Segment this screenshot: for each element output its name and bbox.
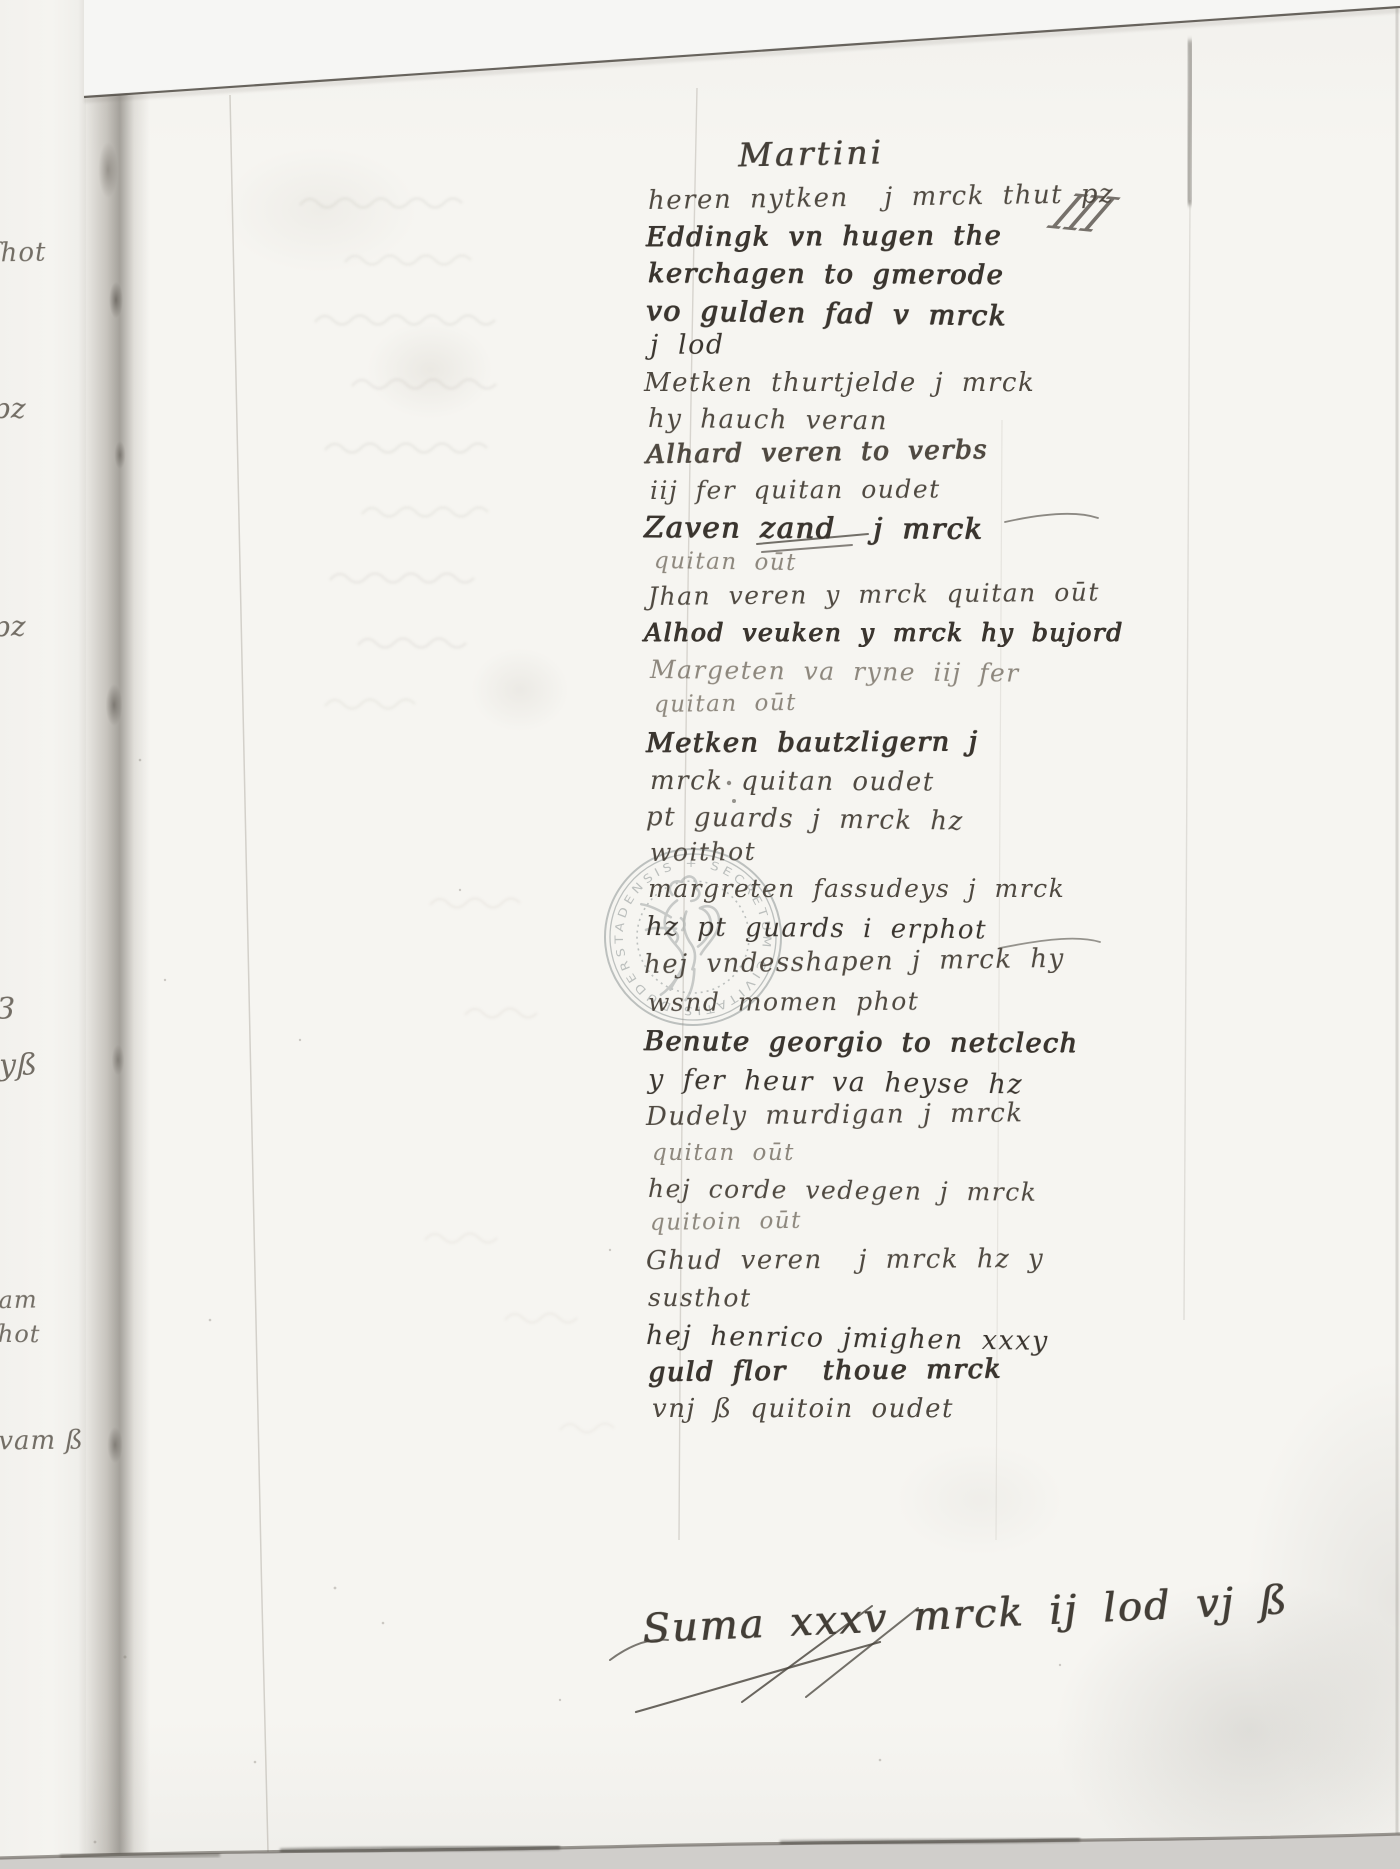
bleedthrough-marks: [300, 199, 614, 1433]
crease-line: [1184, 200, 1190, 1320]
crease-smudge: [1189, 40, 1191, 205]
manuscript-text-line: Ghud veren j mrck hz y: [646, 1244, 1044, 1276]
manuscript-text-line: Jhan veren y mrck quitan oūt: [648, 578, 1100, 611]
manuscript-text-line: quitoin oūt: [650, 1208, 802, 1236]
manuscript-text-line: woithot: [650, 837, 756, 867]
manuscript-text-line: margreten fassudeys j mrck: [648, 874, 1065, 903]
manuscript-text-line: Dudely murdigan j mrck: [646, 1098, 1024, 1132]
crease-line: [230, 95, 268, 1852]
manuscript-text-line: Zaven zand j mrck: [644, 510, 984, 546]
margin-fragment: vam: [0, 1285, 38, 1314]
margin-fragment: ſhot: [0, 237, 47, 268]
manuscript-text-line: susthot: [648, 1283, 752, 1313]
manuscript-text-line: Benute georgio to netclech: [644, 1026, 1078, 1059]
manuscript-text-line: Alhard veren to verbs: [646, 435, 988, 470]
manuscript-text-line: quitan oūt: [654, 548, 797, 576]
manuscript-text-line: guld flor thoue mrck: [648, 1354, 1002, 1388]
manuscript-scan: + SECRETUM CIVITATIS DUDERSTADENSIS: [0, 0, 1400, 1869]
page-bottom-edge: [0, 1834, 1400, 1869]
section-heading-martini: Martini: [738, 132, 885, 174]
manuscript-text-line: hej vndesshapen j mrck hy: [644, 944, 1065, 980]
manuscript-text-line: Alhod veuken y mrck hy bujord: [644, 618, 1124, 647]
manuscript-text-line: hy hauch veran: [648, 404, 888, 436]
manuscript-text-line: hej henrico jmighen xxxy: [646, 1320, 1049, 1357]
manuscript-text-line: pt guards j mrck hz: [646, 802, 964, 837]
margin-fragment: pz: [0, 392, 27, 425]
manuscript-text-line: y fer heur va heyse hz: [648, 1064, 1024, 1100]
manuscript-text-line: quitan oūt: [652, 1140, 795, 1166]
manuscript-text-line: hej corde vedegen j mrck: [648, 1174, 1038, 1207]
manuscript-text-line: Metken thurtjelde j mrck: [644, 368, 1035, 398]
manuscript-text-line: mrck quitan oudet: [650, 766, 935, 797]
margin-fragment: ſhot: [0, 1320, 41, 1349]
page-top-edge: [84, 0, 1400, 100]
margin-fragment: j vam ß: [0, 1425, 84, 1456]
manuscript-text-line: Margeten va ryne iij fer: [650, 655, 1020, 688]
manuscript-text-line: wsnd momen phot: [648, 987, 919, 1017]
manuscript-text-line: Eddingk vn hugen the: [646, 220, 1002, 253]
manuscript-text-line: hz pt guards i erphot: [646, 912, 987, 945]
manuscript-text-line: vnj ß quitoin oudet: [652, 1394, 954, 1424]
margin-fragment: 3: [0, 992, 16, 1027]
manuscript-text-line: quitan oūt: [654, 690, 797, 718]
manuscript-text-line: iij fer quitan oudet: [650, 475, 941, 505]
manuscript-text-line: kerchagen to gmerode: [648, 258, 1004, 291]
margin-fragment: tyß: [0, 1048, 38, 1083]
manuscript-text-line: vo gulden fad v mrck: [646, 294, 1008, 332]
manuscript-text-line: Metken bautzligern j: [646, 726, 979, 759]
manuscript-text-line: j lod: [650, 329, 725, 361]
margin-fragment: pz: [0, 610, 27, 643]
